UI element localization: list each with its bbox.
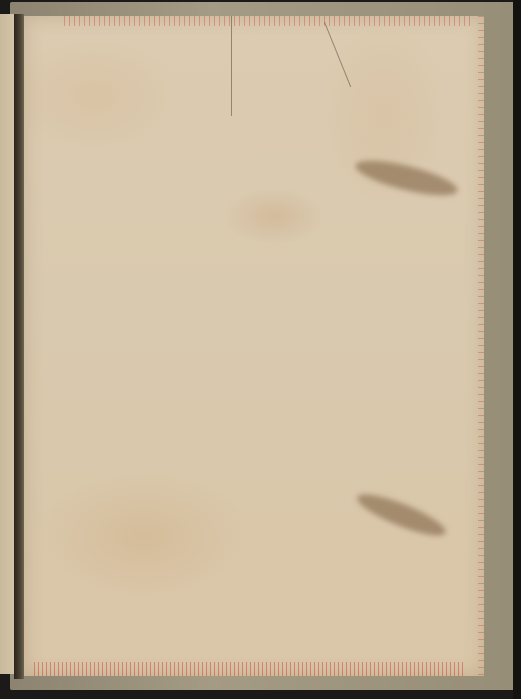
book-gutter xyxy=(14,14,24,679)
red-sprinkled-fore-edge xyxy=(478,16,484,676)
paper-crease xyxy=(324,22,351,87)
blank-endpaper xyxy=(24,16,484,676)
red-sprinkled-top-edge xyxy=(64,16,474,26)
paper-crease xyxy=(231,16,232,116)
stain-upper xyxy=(353,154,461,203)
red-sprinkled-bottom-edge xyxy=(34,662,464,676)
cover-edge-shadow xyxy=(513,0,521,699)
stain-lower xyxy=(353,487,449,543)
book-photo xyxy=(0,0,521,699)
